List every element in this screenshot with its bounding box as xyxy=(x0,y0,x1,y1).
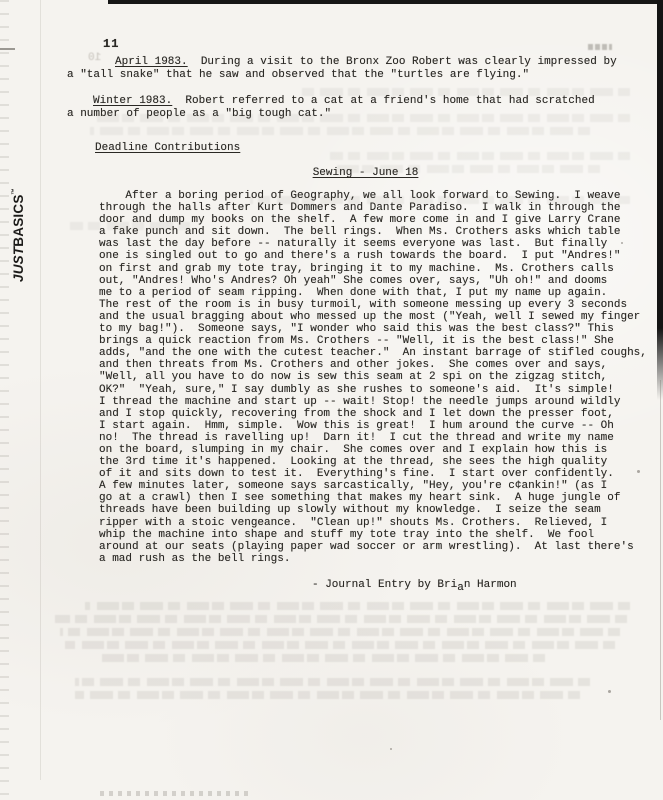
scan-mark xyxy=(0,48,15,50)
entry-april-1983: April 1983. During a visit to the Bronx … xyxy=(67,56,643,81)
article-line: the 3rd time it's happened. Looking at t… xyxy=(99,456,647,468)
article-line: of it and sits down to test it. Everythi… xyxy=(99,468,647,480)
article-line: on first and grab my tote tray, bringing… xyxy=(99,263,647,275)
article-line: me to a period of seam ripping. When don… xyxy=(99,287,647,299)
scan-speck xyxy=(608,690,611,693)
bleedthrough-line xyxy=(250,196,630,204)
scan-speck xyxy=(621,242,623,244)
bleedthrough-line xyxy=(330,165,600,173)
entry-text: During a visit to the Bronx Zoo Robert w… xyxy=(188,56,617,68)
article-line: The rest of the room is in busy turmoil,… xyxy=(99,299,647,311)
article-line: "Well, all you have to do now is sew thi… xyxy=(99,371,647,383)
article-line: whip the machine into shape and stuff my… xyxy=(99,529,647,541)
entry-text: a "tall snake" that he saw and observed … xyxy=(67,69,643,82)
logo-just: JUST xyxy=(11,247,26,282)
article-line: to my bag!"). Someone says, "I wonder wh… xyxy=(99,323,647,335)
page-number: 11 xyxy=(103,37,119,51)
trademark-symbol: ™ xyxy=(11,188,18,195)
article-line: A few minutes later, someone says sarcas… xyxy=(99,480,647,492)
bleedthrough-line xyxy=(90,127,590,135)
bleedthrough-line xyxy=(85,602,630,610)
scan-speck xyxy=(637,470,640,473)
article-line: brings a quick reaction from Ms. Crother… xyxy=(99,335,647,347)
scan-speck xyxy=(390,748,392,750)
scanned-page: 10 JUSTBASICS™ 11 April 1983. During a v… xyxy=(0,0,663,800)
scan-noise-left xyxy=(0,0,9,800)
byline: - Journal Entry by Brian Harmon xyxy=(312,579,517,591)
article-line: go at a crawl) then I see something that… xyxy=(99,492,647,504)
article-line: one is singled out to go and there's a r… xyxy=(99,250,647,262)
article-line: around at our seats (playing paper wad s… xyxy=(99,541,647,553)
scan-smudge xyxy=(588,44,612,50)
bleedthrough-line xyxy=(75,691,580,699)
bleedthrough-line xyxy=(75,678,590,686)
article-line: I thread the machine and start up -- wai… xyxy=(99,396,647,408)
article-line: and the usual bragging about who messed … xyxy=(99,311,647,323)
entry-first-line: April 1983. During a visit to the Bronx … xyxy=(67,56,643,69)
entry-date: Winter 1983. xyxy=(93,95,172,107)
article-line: adds, "and the one with the cutest teach… xyxy=(99,347,647,359)
bleedthrough-line xyxy=(65,641,615,649)
bleedthrough-line xyxy=(330,152,630,160)
entry-date: April 1983. xyxy=(115,56,188,68)
section-heading: Deadline Contributions xyxy=(95,142,240,154)
article-line: out, "Andres! Who's Andres? Oh yeah" She… xyxy=(99,275,647,287)
article-line: and then threats from Ms. Crothers and o… xyxy=(99,359,647,371)
logo-basics: BASICS xyxy=(11,194,26,246)
paper-edge-line xyxy=(660,380,661,720)
byline-text: n Harmon xyxy=(464,579,517,591)
article-line: on the board, slumping in my chair. She … xyxy=(99,444,647,456)
byline-text: - Journal Entry by Bri xyxy=(312,579,457,591)
bleedthrough-line xyxy=(70,222,190,230)
bleedthrough-line xyxy=(60,628,620,636)
byline-dropped-letter: a xyxy=(457,582,464,594)
entry-text: Robert referred to a cat at a friend's h… xyxy=(172,95,594,107)
scan-edge-right xyxy=(657,0,663,400)
bleedthrough-dots xyxy=(100,791,250,796)
article-line: threads have been building up slowly wit… xyxy=(99,504,647,516)
article-line: no! The thread is ravelling up! Darn it!… xyxy=(99,432,647,444)
article-body: After a boring period of Geography, we a… xyxy=(99,190,647,565)
paper-crease xyxy=(40,0,41,780)
bleedthrough-line xyxy=(90,114,630,122)
article-line: and I stop quickly, recovering from the … xyxy=(99,408,647,420)
entry-first-line: Winter 1983. Robert referred to a cat at… xyxy=(67,95,643,108)
article-line: OK?" "Yeah, sure," I say dumbly as she r… xyxy=(99,384,647,396)
article-line: was last the day before -- naturally it … xyxy=(99,238,647,250)
article-line: a mad rush as the bell rings. xyxy=(99,553,647,565)
bleedthrough-line xyxy=(55,615,627,623)
article-line: I start again. Hmm, simple. Wow this is … xyxy=(99,420,647,432)
article-line: ripper with a stoic vengeance. "Clean up… xyxy=(99,517,647,529)
scan-edge-top xyxy=(108,0,663,4)
bleedthrough-line xyxy=(300,88,630,96)
bleedthrough-line xyxy=(95,654,545,662)
